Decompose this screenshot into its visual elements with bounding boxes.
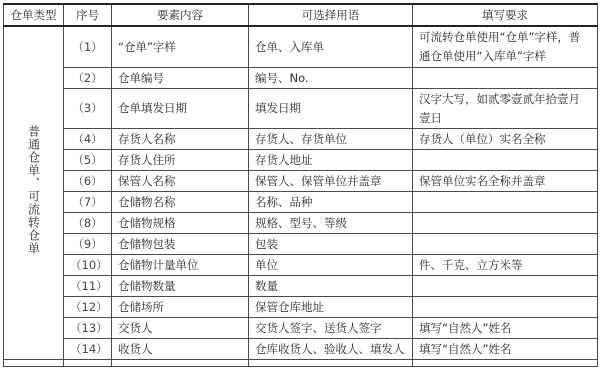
seq-cell: （11） xyxy=(64,276,112,297)
header-row: 仓单类型 序号 要素内容 可选择用语 填写要求 xyxy=(4,4,598,26)
receipt-type-label: 普通仓单、可流转仓单 xyxy=(27,125,41,255)
options-cell: 保管人、保管单位并盖章 xyxy=(249,171,413,192)
element-cell: 仓储物数量 xyxy=(112,276,249,297)
options-cell: 名称、品种 xyxy=(249,192,413,213)
element-cell: 交货人 xyxy=(112,318,249,339)
cutoff-cell xyxy=(4,360,64,367)
table-row-cutoff xyxy=(4,360,598,367)
cutoff-cell xyxy=(112,360,249,367)
table-row: （7） 仓储物名称 名称、品种 xyxy=(4,192,598,213)
seq-cell: （1） xyxy=(64,26,112,68)
requirement-cell: 汉字大写，如贰零壹贰年拾壹月壹日 xyxy=(413,89,598,129)
table-row: （12） 仓储场所 保管仓库地址 xyxy=(4,297,598,318)
options-cell: 数量 xyxy=(249,276,413,297)
options-cell: 填发日期 xyxy=(249,89,413,129)
requirement-cell: 填写“自然人”姓名 xyxy=(413,339,598,360)
options-cell: 单位 xyxy=(249,255,413,276)
seq-cell: （3） xyxy=(64,89,112,129)
seq-cell: （12） xyxy=(64,297,112,318)
table-row: （11） 仓储物数量 数量 xyxy=(4,276,598,297)
element-cell: 仓储场所 xyxy=(112,297,249,318)
table-row: （14） 收货人 仓库收货人、验收人、填发人 填写“自然人”姓名 xyxy=(4,339,598,360)
header-seq: 序号 xyxy=(64,4,112,26)
element-cell: 仓储物名称 xyxy=(112,192,249,213)
options-cell: 存货人地址 xyxy=(249,150,413,171)
options-cell: 仓库收货人、验收人、填发人 xyxy=(249,339,413,360)
requirement-cell xyxy=(413,68,598,89)
element-cell: 保管人名称 xyxy=(112,171,249,192)
options-cell: 存货人、存货单位 xyxy=(249,129,413,150)
header-requirement: 填写要求 xyxy=(413,4,598,26)
options-cell: 包装 xyxy=(249,234,413,255)
element-cell: 存货人住所 xyxy=(112,150,249,171)
header-options: 可选择用语 xyxy=(249,4,413,26)
warehouse-receipt-elements-table: 仓单类型 序号 要素内容 可选择用语 填写要求 普通仓单、可流转仓单 （1） “… xyxy=(3,3,598,367)
element-cell: “仓单”字样 xyxy=(112,26,249,68)
seq-cell: （7） xyxy=(64,192,112,213)
seq-cell: （5） xyxy=(64,150,112,171)
requirement-cell xyxy=(413,297,598,318)
table-row: （5） 存货人住所 存货人地址 xyxy=(4,150,598,171)
header-type: 仓单类型 xyxy=(4,4,64,26)
table-row: （6） 保管人名称 保管人、保管单位并盖章 保管单位实名全称并盖章 xyxy=(4,171,598,192)
table-row: （2） 仓单编号 编号、No. xyxy=(4,68,598,89)
receipt-type-cell: 普通仓单、可流转仓单 xyxy=(4,26,64,360)
requirement-cell xyxy=(413,213,598,234)
requirement-cell: 可流转仓单使用“仓单”字样，普通仓单使用“入库单”字样 xyxy=(413,26,598,68)
requirement-cell: 保管单位实名全称并盖章 xyxy=(413,171,598,192)
element-cell: 仓单填发日期 xyxy=(112,89,249,129)
cutoff-cell xyxy=(413,360,598,367)
table-row: （3） 仓单填发日期 填发日期 汉字大写，如贰零壹贰年拾壹月壹日 xyxy=(4,89,598,129)
options-cell: 编号、No. xyxy=(249,68,413,89)
element-cell: 仓储物包装 xyxy=(112,234,249,255)
requirement-cell xyxy=(413,234,598,255)
seq-cell: （6） xyxy=(64,171,112,192)
requirement-cell: 存货人（单位）实名全称 xyxy=(413,129,598,150)
options-cell: 保管仓库地址 xyxy=(249,297,413,318)
cutoff-cell xyxy=(249,360,413,367)
seq-cell: （8） xyxy=(64,213,112,234)
requirement-cell xyxy=(413,276,598,297)
table-row: （10） 仓储物计量单位 单位 件、千克、立方米等 xyxy=(4,255,598,276)
element-cell: 仓储物计量单位 xyxy=(112,255,249,276)
element-cell: 存货人名称 xyxy=(112,129,249,150)
options-cell: 仓单、入库单 xyxy=(249,26,413,68)
seq-cell: （14） xyxy=(64,339,112,360)
options-cell: 规格、型号、等级 xyxy=(249,213,413,234)
options-cell: 交货人签字、送货人签字 xyxy=(249,318,413,339)
requirement-cell: 件、千克、立方米等 xyxy=(413,255,598,276)
requirement-cell xyxy=(413,150,598,171)
table-row: （4） 存货人名称 存货人、存货单位 存货人（单位）实名全称 xyxy=(4,129,598,150)
seq-cell: （9） xyxy=(64,234,112,255)
element-cell: 收货人 xyxy=(112,339,249,360)
table-row: （13） 交货人 交货人签字、送货人签字 填写“自然人”姓名 xyxy=(4,318,598,339)
requirement-cell xyxy=(413,192,598,213)
element-cell: 仓单编号 xyxy=(112,68,249,89)
element-cell: 仓储物规格 xyxy=(112,213,249,234)
header-element: 要素内容 xyxy=(112,4,249,26)
requirement-cell: 填写“自然人”姓名 xyxy=(413,318,598,339)
table-row: 普通仓单、可流转仓单 （1） “仓单”字样 仓单、入库单 可流转仓单使用“仓单”… xyxy=(4,26,598,68)
cutoff-cell xyxy=(64,360,112,367)
seq-cell: （10） xyxy=(64,255,112,276)
seq-cell: （2） xyxy=(64,68,112,89)
table-row: （9） 仓储物包装 包装 xyxy=(4,234,598,255)
seq-cell: （13） xyxy=(64,318,112,339)
table-row: （8） 仓储物规格 规格、型号、等级 xyxy=(4,213,598,234)
seq-cell: （4） xyxy=(64,129,112,150)
